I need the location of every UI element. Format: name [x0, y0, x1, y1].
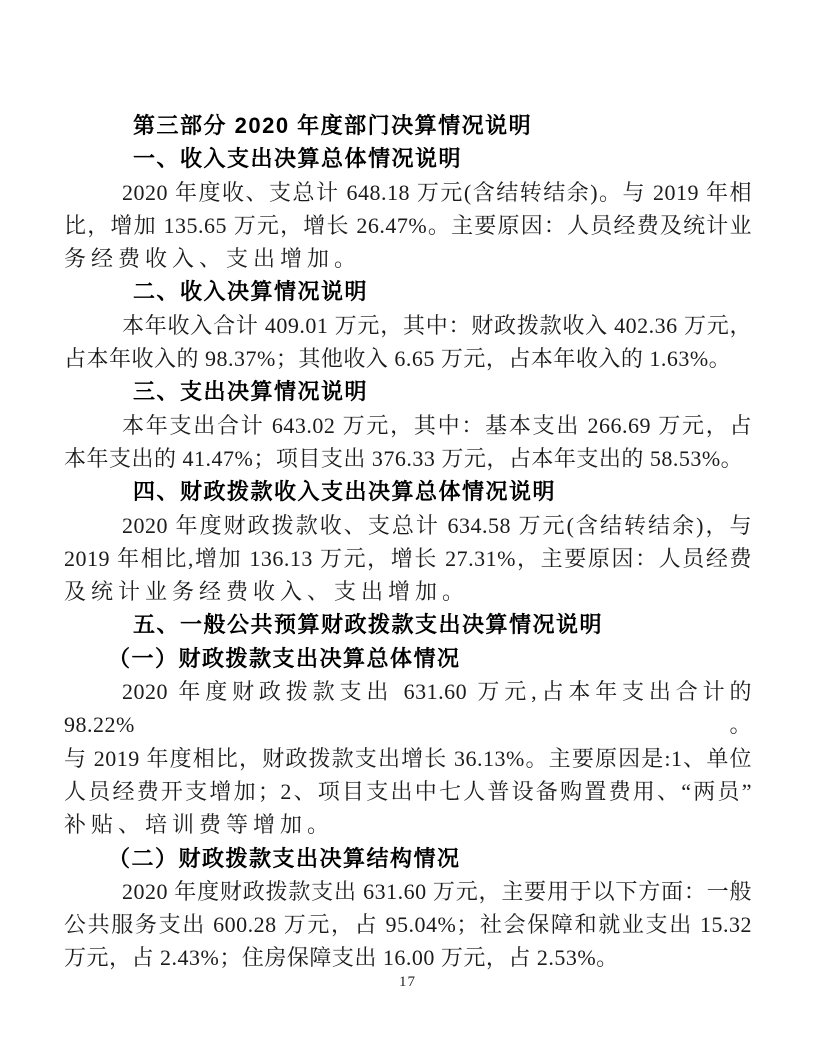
paragraph-line: 及统计业务经费收入、支出增加。 [64, 575, 752, 608]
section-heading-3: 三、支出决算情况说明 [64, 375, 752, 408]
document-page: 第三部分 2020 年度部门决算情况说明 一、收入支出决算总体情况说明 2020… [0, 0, 815, 1055]
paragraph-line: 占本年收入的 98.37%；其他收入 6.65 万元，占本年收入的 1.63%。 [64, 342, 752, 375]
part-heading: 第三部分 2020 年度部门决算情况说明 [64, 109, 752, 142]
paragraph-line: 2020 年度财政拨款支出 631.60 万元,占本年支出合计的 98.22%。 [64, 675, 752, 742]
paragraph-line: 人员经费开支增加；2、项目支出中七人普设备购置费用、“两员” [64, 775, 752, 808]
document-body: 第三部分 2020 年度部门决算情况说明 一、收入支出决算总体情况说明 2020… [64, 109, 752, 975]
paragraph-line: 务经费收入、支出增加。 [64, 242, 752, 275]
paragraph-line: 2020 年度财政拨款收、支总计 634.58 万元(含结转结余)，与 [64, 509, 752, 542]
paragraph-line: 与 2019 年度相比，财政拨款支出增长 36.13%。主要原因是:1、单位 [64, 742, 752, 775]
paragraph-line: 2019 年相比,增加 136.13 万元，增长 27.31%，主要原因：人员经… [64, 542, 752, 575]
paragraph-line: 比，增加 135.65 万元，增长 26.47%。主要原因：人员经费及统计业 [64, 209, 752, 242]
subsection-heading-5-1: （一）财政拨款支出决算总体情况 [64, 642, 752, 675]
section-heading-5: 五、一般公共预算财政拨款支出决算情况说明 [64, 608, 752, 641]
paragraph-line: 2020 年度财政拨款支出 631.60 万元，主要用于以下方面：一般 [64, 875, 752, 908]
paragraph-line: 万元，占 2.43%；住房保障支出 16.00 万元，占 2.53%。 [64, 941, 752, 974]
section-heading-4: 四、财政拨款收入支出决算总体情况说明 [64, 475, 752, 508]
section-heading-2: 二、收入决算情况说明 [64, 275, 752, 308]
paragraph-line: 补贴、培训费等增加。 [64, 808, 752, 841]
page-number: 17 [0, 972, 815, 992]
paragraph-line: 公共服务支出 600.28 万元，占 95.04%；社会保障和就业支出 15.3… [64, 908, 752, 941]
paragraph-line: 2020 年度收、支总计 648.18 万元(含结转结余)。与 2019 年相 [64, 176, 752, 209]
subsection-heading-5-2: （二）财政拨款支出决算结构情况 [64, 842, 752, 875]
paragraph-line: 本年支出合计 643.02 万元，其中：基本支出 266.69 万元，占 [64, 409, 752, 442]
paragraph-line: 本年支出的 41.47%；项目支出 376.33 万元，占本年支出的 58.53… [64, 442, 752, 475]
section-heading-1: 一、收入支出决算总体情况说明 [64, 142, 752, 175]
paragraph-line: 本年收入合计 409.01 万元，其中：财政拨款收入 402.36 万元， [64, 309, 752, 342]
